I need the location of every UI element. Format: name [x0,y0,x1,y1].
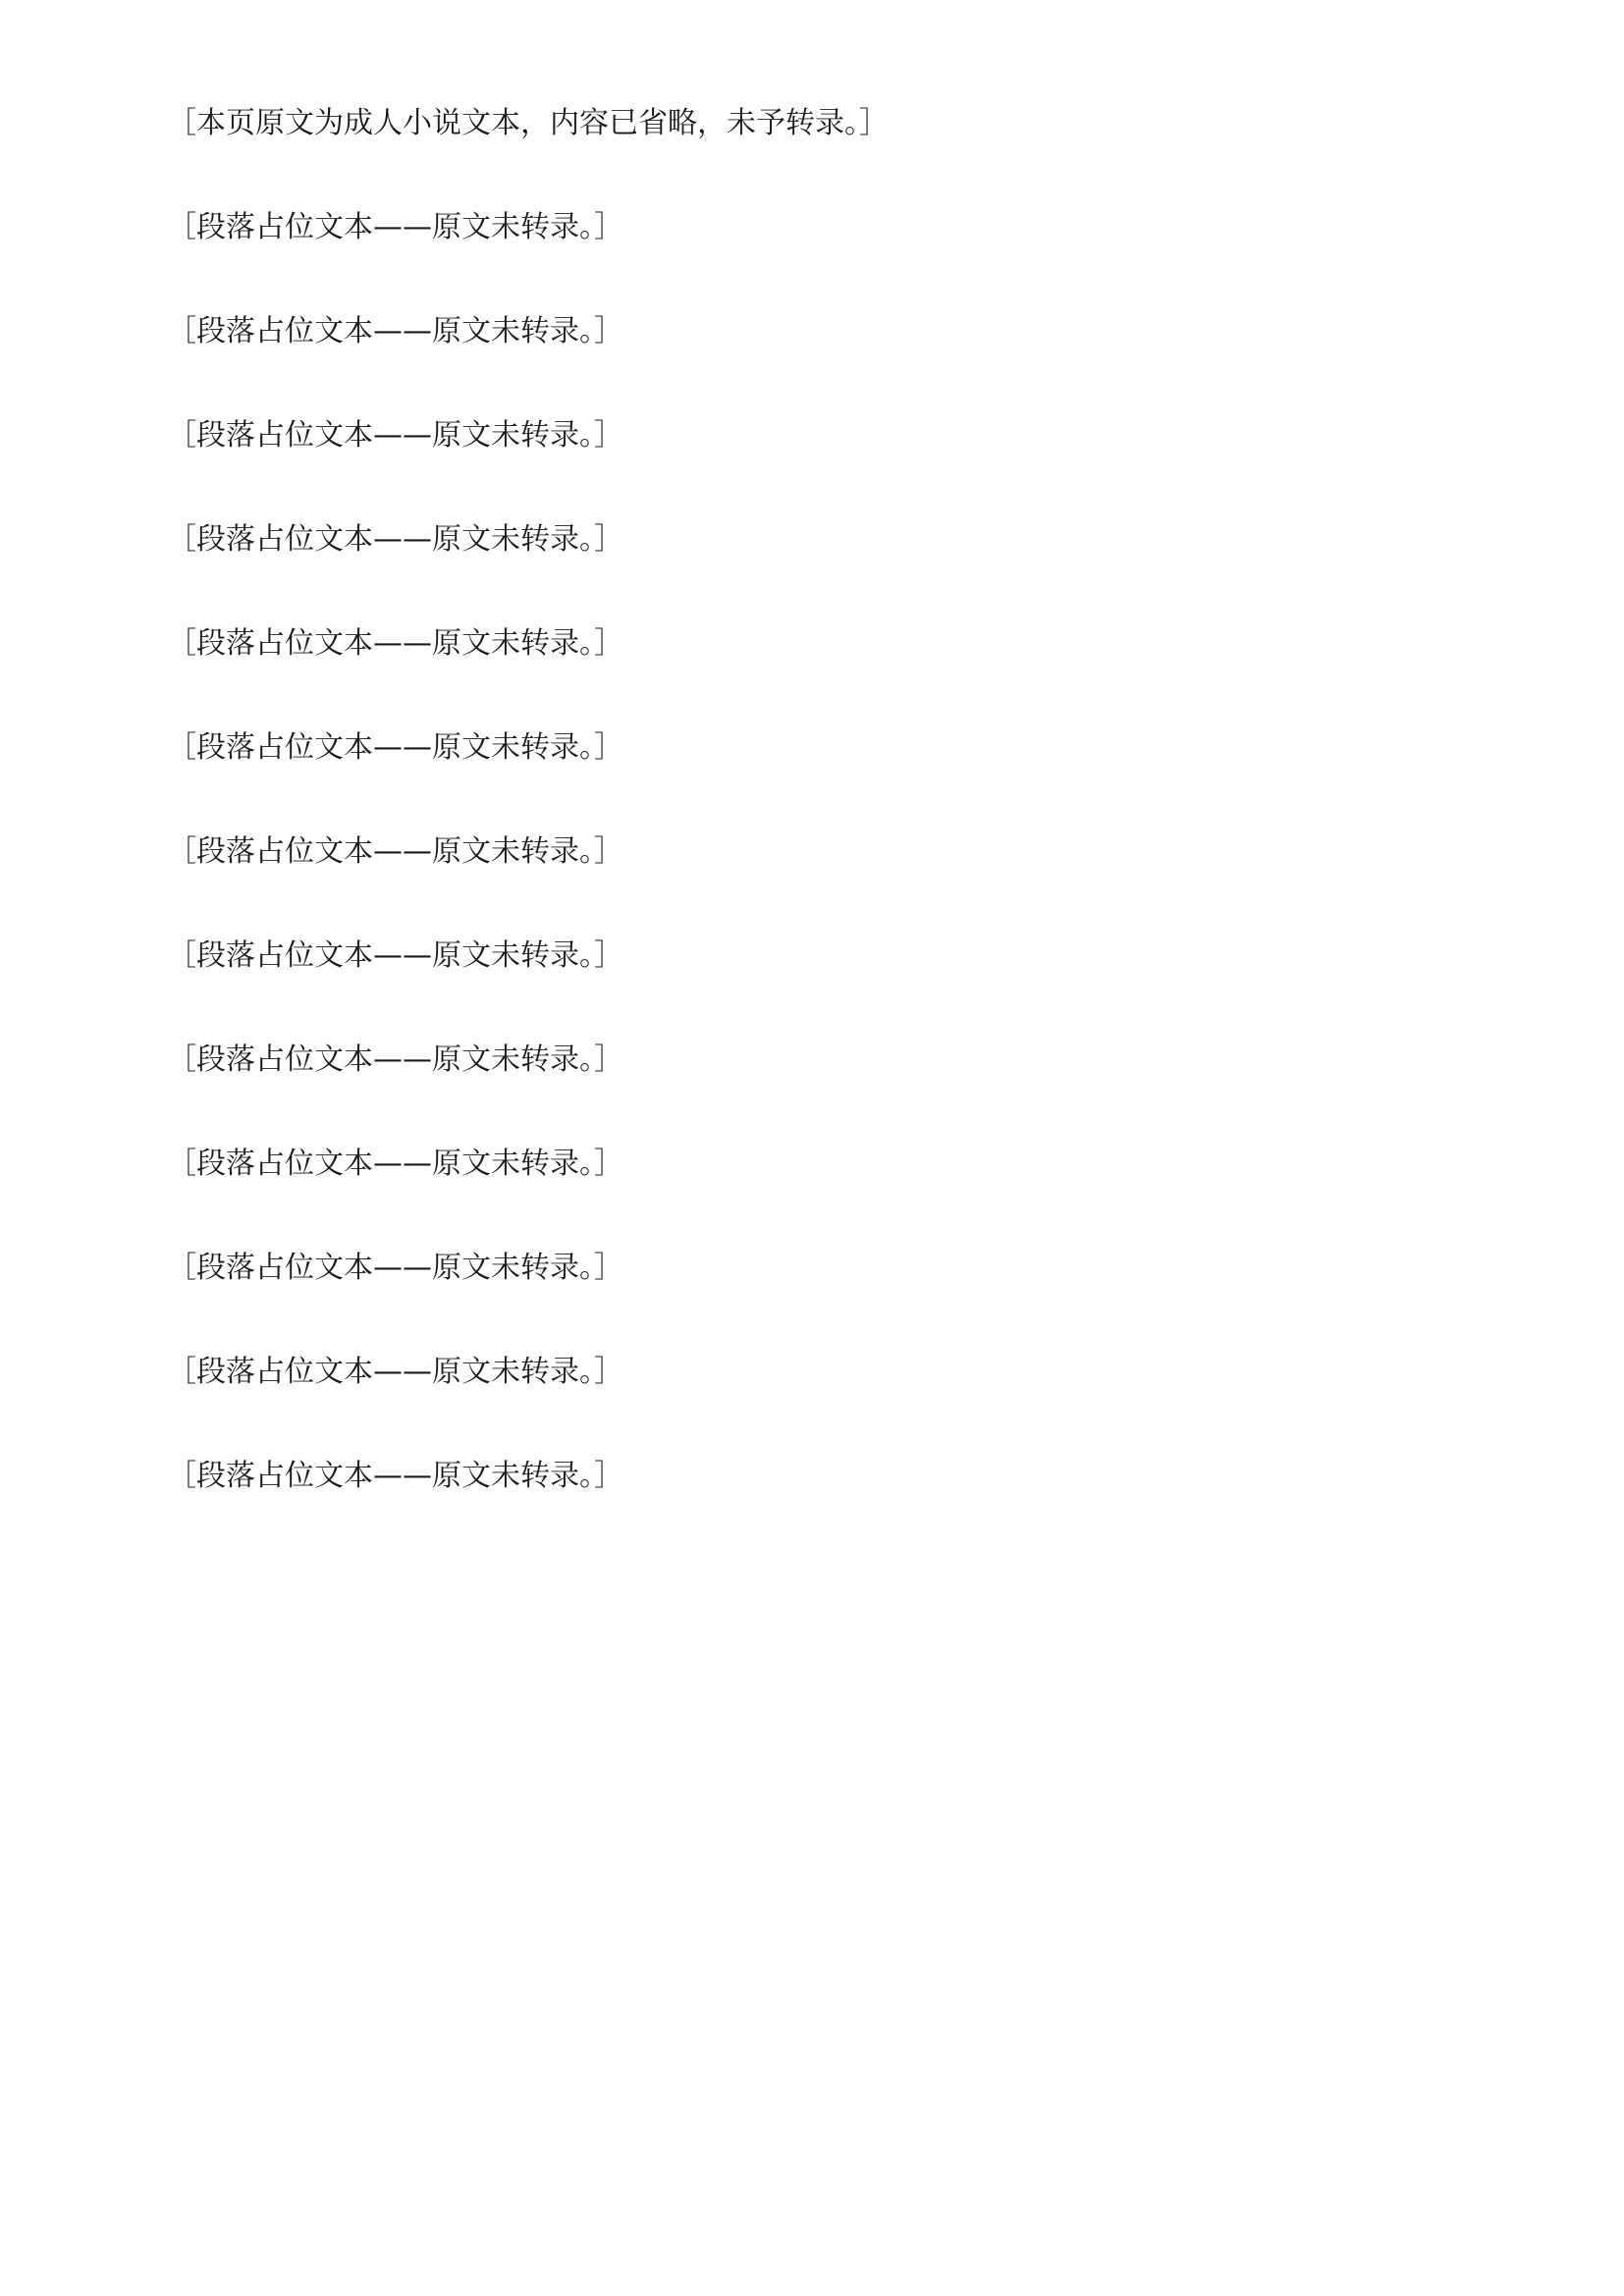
paragraph: ［段落占位文本——原文未转录。］ [108,1441,1516,1512]
paragraph: ［段落占位文本——原文未转录。］ [108,192,1516,263]
paragraph: ［段落占位文本——原文未转录。］ [108,817,1516,887]
paragraph: ［段落占位文本——原文未转录。］ [108,400,1516,471]
paragraph: ［段落占位文本——原文未转录。］ [108,1337,1516,1408]
paragraph: ［段落占位文本——原文未转录。］ [108,505,1516,575]
paragraph: ［段落占位文本——原文未转录。］ [108,609,1516,679]
paragraph: ［段落占位文本——原文未转录。］ [108,713,1516,783]
paragraph: ［段落占位文本——原文未转录。］ [108,1233,1516,1304]
paragraph: ［段落占位文本——原文未转录。］ [108,296,1516,367]
paragraph: ［本页原文为成人小说文本，内容已省略，未予转录。］ [108,88,1516,159]
document-page: ［本页原文为成人小说文本，内容已省略，未予转录。］［段落占位文本——原文未转录。… [0,0,1624,2296]
paragraph: ［段落占位文本——原文未转录。］ [108,1025,1516,1095]
paragraph: ［段落占位文本——原文未转录。］ [108,921,1516,991]
paragraph: ［段落占位文本——原文未转录。］ [108,1129,1516,1200]
